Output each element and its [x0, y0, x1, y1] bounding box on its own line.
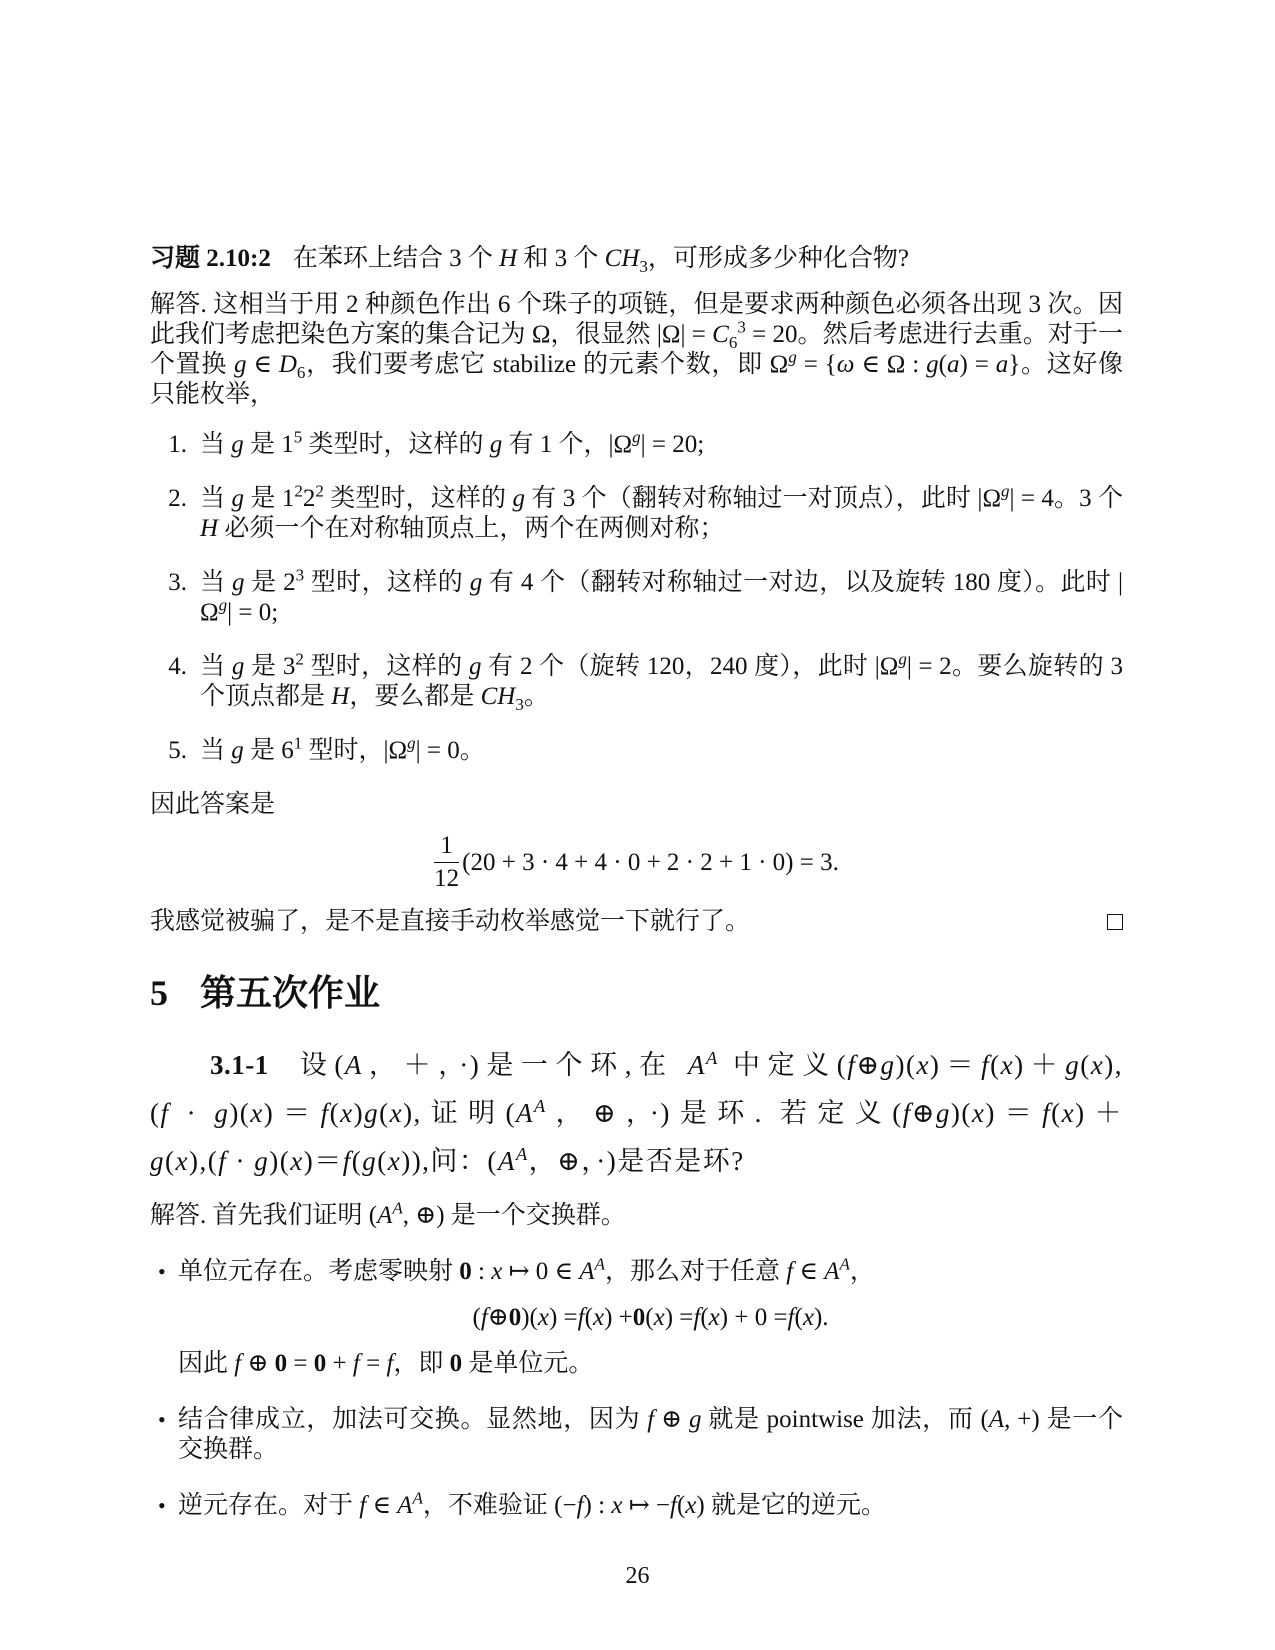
bullet-body: 结合律成立，加法可交换。显然地，因为 f ⊕ g 就是 pointwise 加法… [178, 1405, 1123, 1465]
exercise-label: 习题 2.10:2 [150, 245, 271, 272]
solution-intro-paragraph: 解答. 这相当于用 2 种颜色作出 6 个珠子的项链，但是要求两种颜色必须各出现… [150, 290, 1123, 410]
item-number: 5. [150, 736, 200, 766]
bullet-inverse-element: • 逆元存在。对于 f ∈ AA，不难验证 (−f) : x ↦ −f(x) 就… [150, 1491, 1123, 1521]
fraction-denominator: 12 [434, 863, 459, 893]
statement-line-1: 3.1-1设(A，＋，·)是一个环,在 AA 中定义(f⊕g)(x)＝f(x)＋… [150, 1041, 1123, 1089]
section-number: 5 [150, 973, 168, 1013]
item-number: 4. [150, 652, 200, 712]
case-item-4: 4. 当 g 是 32 型时，这样的 g 有 2 个（旋转 120，240 度）… [150, 652, 1123, 712]
proof-bullet-list: • 单位元存在。考虑零映射 0 : x ↦ 0 ∈ AA，那么对于任意 f ∈ … [150, 1257, 1123, 1521]
item-number: 1. [150, 430, 200, 460]
solution-3-1-1-intro: 解答. 首先我们证明 (AA, ⊕) 是一个交换群。 [150, 1201, 1123, 1231]
identity-formula: (f ⊕ 0)(x) = f(x) + 0(x) = f(x) + 0 = f(… [178, 1303, 1123, 1333]
problem-3-1-1-statement: 3.1-1设(A，＋，·)是一个环,在 AA 中定义(f⊕g)(x)＝f(x)＋… [150, 1041, 1123, 1185]
case-item-2: 2. 当 g 是 1222 类型时，这样的 g 有 3 个（翻转对称轴过一对顶点… [150, 484, 1123, 544]
closing-remark-row: 我感觉被骗了，是不是直接手动枚举感觉一下就行了。 [150, 907, 1123, 937]
bullet-text: 逆元存在。对于 f ∈ AA，不难验证 (−f) : x ↦ −f(x) 就是它… [178, 1491, 1123, 1521]
item-number: 3. [150, 568, 200, 628]
answer-lead: 因此答案是 [150, 790, 1123, 820]
bullet-body: 单位元存在。考虑零映射 0 : x ↦ 0 ∈ AA，那么对于任意 f ∈ AA… [178, 1257, 1123, 1379]
document-page: 习题 2.10:2在苯环上结合 3 个 H 和 3 个 CH3，可形成多少种化合… [0, 0, 1275, 1650]
item-number: 2. [150, 484, 200, 544]
formula-body: (20 + 3 · 4 + 4 · 0 + 2 · 2 + 1 · 0) = 3… [462, 848, 839, 878]
case-item-1: 1. 当 g 是 15 类型时，这样的 g 有 1 个，|Ωg| = 20; [150, 430, 1123, 460]
fraction: 1 12 [434, 832, 459, 893]
case-list: 1. 当 g 是 15 类型时，这样的 g 有 1 个，|Ωg| = 20; 2… [150, 430, 1123, 766]
bullet-marker: • [150, 1405, 178, 1465]
item-text: 当 g 是 23 型时，这样的 g 有 4 个（翻转对称轴过一对边，以及旋转 1… [200, 568, 1123, 628]
bullet-body: 逆元存在。对于 f ∈ AA，不难验证 (−f) : x ↦ −f(x) 就是它… [178, 1491, 1123, 1521]
bullet-marker: • [150, 1257, 178, 1379]
bullet-conclusion: 因此 f ⊕ 0 = 0 + f = f，即 0 是单位元。 [178, 1349, 1123, 1379]
bullet-text: 结合律成立，加法可交换。显然地，因为 f ⊕ g 就是 pointwise 加法… [178, 1405, 1123, 1465]
section-title: 第五次作业 [200, 973, 380, 1013]
problem-label: 3.1-1 [210, 1050, 269, 1080]
section-heading: 5 第五次作业 [150, 973, 1123, 1013]
closing-remark: 我感觉被骗了，是不是直接手动枚举感觉一下就行了。 [150, 907, 750, 937]
page-content: 习题 2.10:2在苯环上结合 3 个 H 和 3 个 CH3，可形成多少种化合… [150, 243, 1123, 1547]
statement-text: 设(A，＋，·)是一个环,在 AA 中定义(f⊕g)(x)＝f(x)＋g(x), [294, 1050, 1123, 1080]
case-item-5: 5. 当 g 是 61 型时，|Ωg| = 0。 [150, 736, 1123, 766]
item-text: 当 g 是 32 型时，这样的 g 有 2 个（旋转 120，240 度），此时… [200, 652, 1123, 712]
page-number: 26 [0, 1563, 1275, 1590]
item-text: 当 g 是 15 类型时，这样的 g 有 1 个，|Ωg| = 20; [200, 430, 1123, 460]
burnside-formula: 1 12 (20 + 3 · 4 + 4 · 0 + 2 · 2 + 1 · 0… [150, 832, 1123, 893]
bullet-text: 单位元存在。考虑零映射 0 : x ↦ 0 ∈ AA，那么对于任意 f ∈ AA… [178, 1257, 1123, 1287]
item-text: 当 g 是 1222 类型时，这样的 g 有 3 个（翻转对称轴过一对顶点），此… [200, 484, 1123, 544]
statement-line-3: g(x),(f · g)(x)＝f(g(x)),问：(AA，⊕，·)是否是环? [150, 1137, 1123, 1185]
case-item-3: 3. 当 g 是 23 型时，这样的 g 有 4 个（翻转对称轴过一对边，以及旋… [150, 568, 1123, 628]
bullet-marker: • [150, 1491, 178, 1521]
bullet-identity-element: • 单位元存在。考虑零映射 0 : x ↦ 0 ∈ AA，那么对于任意 f ∈ … [150, 1257, 1123, 1379]
fraction-numerator: 1 [434, 832, 459, 863]
statement-line-2: (f · g)(x)＝f(x)g(x),证明(AA，⊕，·)是环. 若定义(f⊕… [150, 1089, 1123, 1137]
item-text: 当 g 是 61 型时，|Ωg| = 0。 [200, 736, 1123, 766]
exercise-question: 在苯环上结合 3 个 H 和 3 个 CH3，可形成多少种化合物? [293, 245, 909, 272]
exercise-2-10-2-heading: 习题 2.10:2在苯环上结合 3 个 H 和 3 个 CH3，可形成多少种化合… [150, 243, 1123, 274]
bullet-associativity: • 结合律成立，加法可交换。显然地，因为 f ⊕ g 就是 pointwise … [150, 1405, 1123, 1465]
qed-box [1107, 914, 1123, 930]
